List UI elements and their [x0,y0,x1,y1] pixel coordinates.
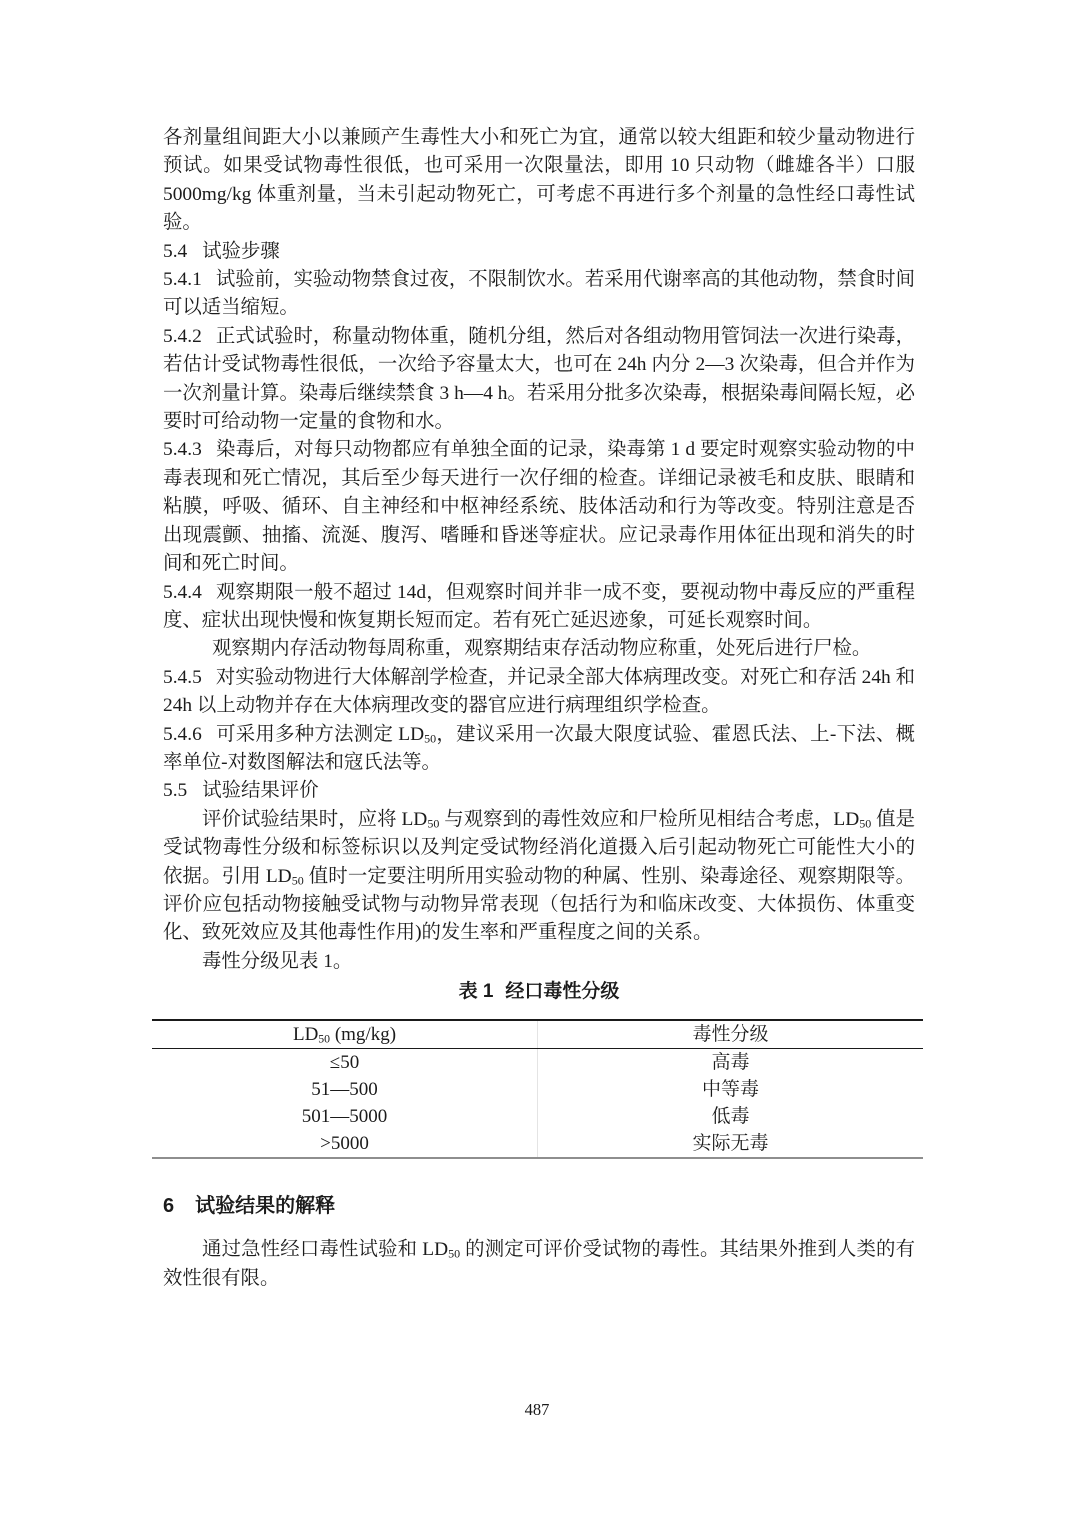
paragraph-interpretation: 通过急性经口毒性试验和 LD50 的测定可评价受试物的毒性。其结果外推到人类的有… [163,1236,915,1293]
header-text: (mg/kg) [330,1024,396,1045]
cell-grade: 低毒 [538,1103,924,1130]
section-heading-5-5: 5.5试验结果评价 [163,777,915,805]
ld50-subscript: 50 [292,873,304,887]
clause-text: 试验前，实验动物禁食过夜，不限制饮水。若采用代谢率高的其他动物，禁食时间可以适当… [163,269,915,318]
ld50-subscript: 50 [859,816,871,830]
clause-number: 5.4.4 [163,582,202,603]
paragraph-5-4-4: 5.4.4观察期限一般不超过 14d，但观察时间并非一成不变，要视动物中毒反应的… [163,579,915,636]
paragraph-continuation: 各剂量组间距大小以兼顾产生毒性大小和死亡为宜，通常以较大组距和较少量动物进行预试… [163,124,915,238]
cell-grade: 高毒 [538,1049,924,1077]
paragraph-observation: 观察期内存活动物每周称重，观察期结束存活动物应称重，处死后进行尸检。 [163,635,915,663]
table-caption: 表 1经口毒性分级 [163,978,915,1006]
section-title: 试验结果评价 [202,780,318,801]
document-page: 各剂量组间距大小以兼顾产生毒性大小和死亡为宜，通常以较大组距和较少量动物进行预试… [0,0,1074,1520]
section-heading-6: 6试验结果的解释 [163,1192,915,1220]
page-number: 487 [0,1398,1074,1422]
paragraph-5-4-1: 5.4.1试验前，实验动物禁食过夜，不限制饮水。若采用代谢率高的其他动物，禁食时… [163,266,915,323]
table-header-ld50: LD50 (mg/kg) [152,1020,538,1049]
clause-text: 正式试验时，称量动物体重，随机分组，然后对各组动物用管饲法一次进行染毒，若估计受… [163,326,915,432]
paragraph-5-4-3: 5.4.3染毒后，对每只动物都应有单独全面的记录，染毒第 1 d 要定时观察实验… [163,436,915,578]
paragraph-5-4-6: 5.4.6可采用多种方法测定 LD50，建议采用一次最大限度试验、霍恩氏法、上-… [163,721,915,778]
table-row: ≤50 高毒 [152,1049,923,1077]
ld50-subscript: 50 [424,731,436,745]
ld50-subscript: 50 [448,1247,460,1261]
section-number: 5.4 [163,241,187,262]
table-caption-label: 表 1 [459,981,494,1002]
section-heading-5-4: 5.4试验步骤 [163,238,915,266]
clause-text: 对实验动物进行大体解剖学检查，并记录全部大体病理改变。对死亡和存活 24h 和 … [163,667,915,716]
table-header-grade: 毒性分级 [538,1020,924,1049]
cell-ld50: 51—500 [152,1076,538,1103]
clause-number: 5.4.6 [163,724,202,745]
ld50-subscript: 50 [318,1033,330,1046]
body-text: 评价试验结果时，应将 LD [202,809,427,830]
ld50-subscript: 50 [427,816,439,830]
cell-grade: 实际无毒 [538,1130,924,1158]
toxicity-grading-table: LD50 (mg/kg) 毒性分级 ≤50 高毒 51—500 中等毒 501—… [152,1019,923,1159]
table-header: LD50 (mg/kg) 毒性分级 [152,1020,923,1049]
body-text: 与观察到的毒性效应和尸检所见相结合考虑，LD [439,809,859,830]
body-text: 通过急性经口毒性试验和 LD [202,1239,448,1260]
clause-text: 观察期限一般不超过 14d，但观察时间并非一成不变，要视动物中毒反应的严重程度、… [163,582,915,631]
cell-ld50: ≤50 [152,1049,538,1077]
table-row: >5000 实际无毒 [152,1130,923,1158]
section-title: 试验结果的解释 [195,1195,335,1217]
section-number: 6 [163,1195,174,1217]
paragraph-evaluation: 评价试验结果时，应将 LD50 与观察到的毒性效应和尸检所见相结合考虑，LD50… [163,806,915,948]
table-caption-text: 经口毒性分级 [505,981,619,1002]
table-row: 501—5000 低毒 [152,1103,923,1130]
table-header-row: LD50 (mg/kg) 毒性分级 [152,1020,923,1049]
section-title: 试验步骤 [202,241,280,262]
clause-text: 可采用多种方法测定 LD [216,724,424,745]
cell-ld50: 501—5000 [152,1103,538,1130]
clause-text: 染毒后，对每只动物都应有单独全面的记录，染毒第 1 d 要定时观察实验动物的中毒… [163,439,915,574]
header-text: LD [293,1024,318,1045]
clause-number: 5.4.2 [163,326,202,347]
paragraph-5-4-2: 5.4.2正式试验时，称量动物体重，随机分组，然后对各组动物用管饲法一次进行染毒… [163,323,915,437]
paragraph-5-4-5: 5.4.5对实验动物进行大体解剖学检查，并记录全部大体病理改变。对死亡和存活 2… [163,664,915,721]
table-row: 51—500 中等毒 [152,1076,923,1103]
section-number: 5.5 [163,780,187,801]
clause-number: 5.4.3 [163,439,202,460]
cell-ld50: >5000 [152,1130,538,1158]
table-body: ≤50 高毒 51—500 中等毒 501—5000 低毒 >5000 实际无毒 [152,1049,923,1159]
clause-number: 5.4.1 [163,269,202,290]
document-body: 各剂量组间距大小以兼顾产生毒性大小和死亡为宜，通常以较大组距和较少量动物进行预试… [163,124,915,1293]
paragraph-table-reference: 毒性分级见表 1。 [163,948,915,976]
clause-number: 5.4.5 [163,667,202,688]
cell-grade: 中等毒 [538,1076,924,1103]
